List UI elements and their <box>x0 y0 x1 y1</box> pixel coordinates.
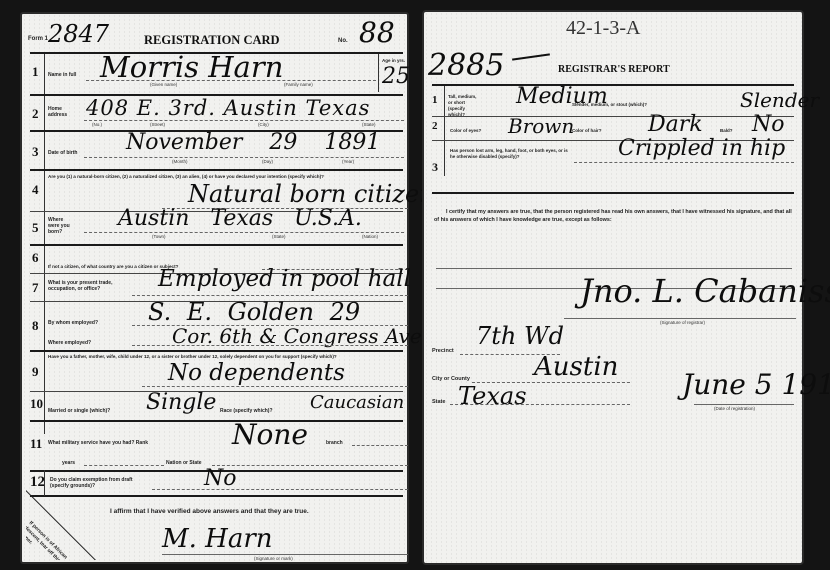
form-label: Form 1 <box>28 36 48 42</box>
marital-status-label: Married or single (which)? <box>48 408 110 414</box>
card-number: 88 <box>359 16 395 49</box>
row-number-10: 10 <box>30 396 43 412</box>
birthplace-line <box>84 232 404 233</box>
report-row-number-3: 3 <box>432 160 438 175</box>
date-line <box>694 404 794 405</box>
nation-state-label: Nation or State <box>166 460 202 466</box>
occupation-label: What is your present trade, occupation, … <box>48 280 118 292</box>
row-number-9: 9 <box>32 364 39 380</box>
card-title: REGISTRATION CARD <box>144 33 280 48</box>
row-number-3: 3 <box>32 144 39 160</box>
occupation-line <box>132 295 408 296</box>
divider <box>30 244 403 246</box>
report-code: 42-1-3-A <box>566 17 640 40</box>
home-address-label: Home address <box>48 106 66 118</box>
row-number-2: 2 <box>32 106 39 122</box>
address-city-sublabel: (City) <box>258 122 269 127</box>
registrar-signature-line <box>564 318 796 319</box>
years-line <box>84 465 164 466</box>
bald-value: No <box>752 112 785 137</box>
birthplace-value: Austin Texas U.S.A. <box>118 206 362 231</box>
birth-line <box>84 157 404 158</box>
address-line <box>84 120 404 121</box>
dependents-value: No dependents <box>168 360 345 386</box>
build-value: Slender <box>740 88 819 112</box>
address-street-sublabel: (Street) <box>150 122 165 127</box>
dependents-line <box>142 386 408 387</box>
eye-color-label: Color of eyes? <box>450 128 481 134</box>
registration-date: June 5 1917 <box>682 368 830 401</box>
precinct-value: 7th Wd <box>476 322 564 350</box>
name-line <box>86 80 376 81</box>
age-value: 25 <box>382 64 410 89</box>
given-name-sublabel: (Given name) <box>150 82 177 87</box>
bald-label: Bald? <box>720 128 733 134</box>
family-name-sublabel: (Family name) <box>284 82 313 87</box>
eye-color-value: Brown <box>508 114 574 138</box>
disability-line <box>574 162 794 163</box>
day-sublabel: (Day) <box>262 159 273 164</box>
years-label: years <box>62 460 75 466</box>
disability-value: Crippled in hip <box>618 136 785 161</box>
age-box-rule <box>378 54 379 92</box>
report-row-number-1: 1 <box>432 94 438 106</box>
registrar-signature-label: (Signature of registrar) <box>660 320 705 325</box>
row-number-7: 7 <box>32 280 39 296</box>
military-service-value: None <box>232 418 308 451</box>
report-serial: 2885 <box>428 48 504 83</box>
divider <box>30 420 403 422</box>
row-number-4: 4 <box>32 182 39 198</box>
name-label: Name in full <box>48 72 76 78</box>
registrar-signature: Jno. L. Cabaniss <box>580 272 830 310</box>
marital-status-value: Single <box>146 390 216 415</box>
report-row-number-2: 2 <box>432 120 438 132</box>
signature-label: (Signature or mark) <box>254 556 293 561</box>
registrant-signature: M. Harn <box>162 524 273 554</box>
report-margin-rule <box>444 86 445 176</box>
certification-text: I certify that my answers are true, that… <box>434 208 796 224</box>
exception-line-1 <box>436 268 792 269</box>
exemption-line <box>152 489 408 490</box>
hair-color-label: Color of hair? <box>572 128 602 134</box>
precinct-label: Precinct <box>432 348 454 354</box>
row-number-5: 5 <box>32 220 39 236</box>
date-label: (Date of registration) <box>714 406 755 411</box>
row-number-1: 1 <box>32 64 39 80</box>
corner-note: If person is of African descent, tear of… <box>26 520 74 560</box>
state-sublabel: (State) <box>272 234 286 239</box>
divider <box>432 116 794 117</box>
address-state-sublabel: (State) <box>362 122 376 127</box>
state-line <box>450 404 630 405</box>
race-value: Caucasian <box>310 392 404 413</box>
exemption-label: Do you claim exemption from draft (speci… <box>50 477 140 489</box>
divider <box>432 84 794 86</box>
card-serial-number: 2847 <box>48 20 109 48</box>
town-sublabel: (Town) <box>152 234 166 239</box>
employment-place-line <box>132 345 408 346</box>
citizenship-value: Natural born citizen <box>188 180 435 208</box>
city-value: Austin <box>534 352 618 382</box>
race-label: Race (specify which)? <box>220 408 273 414</box>
name-value: Morris Harn <box>100 50 283 84</box>
exemption-value: No <box>204 466 237 491</box>
birth-date-value: November 29 1891 <box>126 130 380 155</box>
military-service-label: What military service have you had? Rank <box>48 440 148 446</box>
employer-label: By whom employed? <box>48 320 98 326</box>
nation-sublabel: (Nation) <box>362 234 378 239</box>
row-number-11: 11 <box>30 436 42 452</box>
registrars-report: 42-1-3-A 2885 REGISTRAR'S REPORT 1 Tall,… <box>422 10 804 565</box>
employment-place-label: Where employed? <box>48 340 91 346</box>
month-sublabel: (Month) <box>172 159 188 164</box>
employer-value: S. E. Golden 29 <box>148 298 360 326</box>
signature-line <box>162 554 408 555</box>
state-label: State <box>432 399 445 405</box>
state-value: Texas <box>458 382 527 410</box>
branch-label: branch <box>326 440 343 446</box>
nation-state-line <box>212 465 408 466</box>
year-sublabel: (Year) <box>342 159 354 164</box>
hair-color-value: Dark <box>648 112 703 137</box>
serial-dash <box>512 53 550 60</box>
tear-off-corner: If person is of African descent, tear of… <box>26 490 96 560</box>
divider <box>432 192 794 194</box>
affirmation-text: I affirm that I have verified above answ… <box>110 509 309 515</box>
divider <box>30 350 403 352</box>
divider <box>30 169 403 171</box>
birthplace-label: Where were you born? <box>48 217 72 235</box>
row-number-12: 12 <box>30 474 45 491</box>
address-no-sublabel: (No.) <box>92 122 102 127</box>
birth-date-label: Date of birth <box>48 150 77 156</box>
branch-line <box>352 445 408 446</box>
number-label: No. <box>338 38 348 44</box>
disability-label: Has person lost arm, leg, hand, foot, or… <box>450 148 572 160</box>
home-address-value: 408 E. 3rd. Austin Texas <box>86 96 370 120</box>
build-label: Slender, medium, or stout (which)? <box>572 102 647 108</box>
occupation-value: Employed in pool hall <box>158 266 411 292</box>
height-label: Tall, medium, or short (specify which)? <box>448 94 478 118</box>
report-title: REGISTRAR'S REPORT <box>558 64 670 75</box>
row-number-8: 8 <box>32 318 39 334</box>
registration-card: Form 1 2847 REGISTRATION CARD No. 88 1 N… <box>20 12 409 564</box>
row-number-6: 6 <box>32 250 39 266</box>
